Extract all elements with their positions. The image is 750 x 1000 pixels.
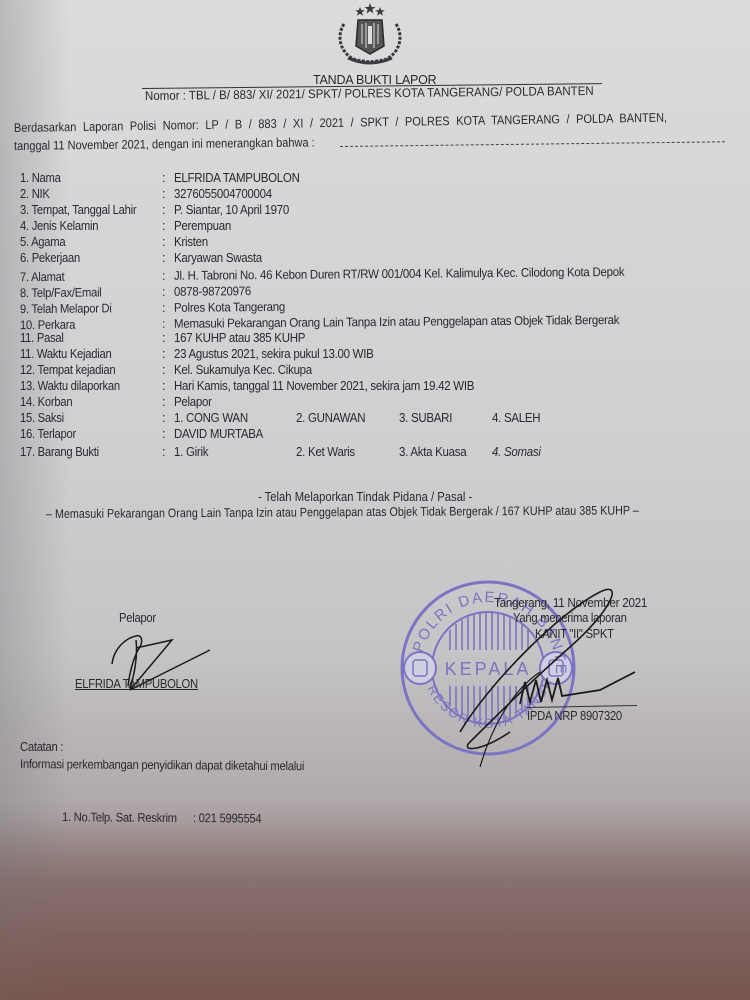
- field-value-item: 4. Somasi: [492, 445, 541, 459]
- field-label: 7. Alamat: [20, 270, 65, 284]
- summary-text: – Memasuki Pekarangan Orang Lain Tanpa I…: [46, 503, 639, 521]
- field-value: P. Siantar, 10 April 1970: [174, 203, 289, 217]
- field-row: 14. Korban:Pelapor: [20, 395, 740, 410]
- field-colon: :: [162, 317, 165, 331]
- field-value: ELFRIDA TAMPUBOLON: [174, 171, 300, 185]
- field-row: 5. Agama:Kristen: [20, 235, 740, 250]
- field-value-item: 1. Girik: [174, 445, 208, 459]
- field-value: Jl. H. Tabroni No. 46 Kebon Duren RT/RW …: [174, 265, 624, 283]
- field-row: 3. Tempat, Tanggal Lahir:P. Siantar, 10 …: [20, 203, 740, 218]
- contact-phone: : 021 5995554: [193, 811, 262, 826]
- field-label: 9. Telah Melapor Di: [20, 301, 112, 316]
- field-colon: :: [162, 411, 165, 425]
- field-colon: :: [162, 331, 165, 345]
- field-value: 167 KUHP atau 385 KUHP: [174, 331, 305, 345]
- reporter-name: ELFRIDA TAMPUBOLON: [75, 677, 198, 691]
- field-colon: :: [162, 269, 165, 283]
- field-label: 11. Waktu Kejadian: [20, 347, 111, 361]
- field-value-item: 2. Ket Waris: [296, 445, 355, 459]
- field-colon: :: [162, 301, 165, 315]
- field-label: 6. Pekerjaan: [20, 251, 80, 265]
- field-colon: :: [162, 235, 165, 249]
- field-row: 11. Pasal:167 KUHP atau 385 KUHP: [20, 331, 740, 346]
- field-label: 17. Barang Bukti: [20, 445, 99, 459]
- field-colon: :: [162, 171, 165, 185]
- field-label: 16. Terlapor: [20, 427, 76, 441]
- field-colon: :: [162, 347, 165, 361]
- field-colon: :: [162, 187, 165, 201]
- field-colon: :: [162, 203, 165, 217]
- field-label: 2. NIK: [20, 187, 50, 201]
- field-value: Kristen: [174, 235, 208, 249]
- field-value: Memasuki Pekarangan Orang Lain Tanpa Izi…: [174, 313, 619, 331]
- intro-dash-line: [340, 141, 725, 147]
- intro-line-1: Berdasarkan Laporan Polisi Nomor: LP / B…: [14, 111, 667, 135]
- field-label: 13. Waktu dilaporkan: [20, 379, 120, 393]
- field-label: 11. Pasal: [20, 331, 64, 345]
- summary-heading: - Telah Melaporkan Tindak Pidana / Pasal…: [258, 490, 472, 504]
- police-emblem-icon: [330, 2, 410, 66]
- field-colon: :: [162, 445, 165, 459]
- field-value: Perempuan: [174, 219, 231, 233]
- notes-heading: Catatan :: [20, 740, 63, 754]
- field-value: Pelapor: [174, 395, 212, 409]
- field-colon: :: [162, 395, 165, 409]
- field-row: 4. Jenis Kelamin:Perempuan: [20, 219, 740, 234]
- field-colon: :: [162, 251, 165, 265]
- field-value: Kel. Sukamulya Kec. Cikupa: [174, 363, 312, 377]
- paper-shadow-bottom: [0, 820, 750, 1000]
- field-value-item: 4. SALEH: [492, 411, 540, 425]
- field-label: 12. Tempat kejadian: [20, 363, 115, 377]
- field-value: Polres Kota Tangerang: [174, 300, 285, 315]
- field-value: 23 Agustus 2021, sekira pukul 13.00 WIB: [174, 347, 374, 361]
- field-colon: :: [162, 427, 165, 441]
- field-colon: :: [162, 379, 165, 393]
- field-row: 11. Waktu Kejadian:23 Agustus 2021, seki…: [20, 347, 740, 362]
- reporter-role: Pelapor: [119, 611, 156, 625]
- contact-label: 1. No.Telp. Sat. Reskrim: [62, 810, 177, 825]
- field-label: 15. Saksi: [20, 411, 64, 425]
- field-label: 14. Korban: [20, 395, 72, 409]
- field-row: 12. Tempat kejadian:Kel. Sukamulya Kec. …: [20, 363, 740, 378]
- field-colon: :: [162, 363, 165, 377]
- notes-text: Informasi perkembangan penyidikan dapat …: [20, 757, 304, 773]
- field-value-item: 2. GUNAWAN: [296, 411, 365, 425]
- intro-line-2: tanggal 11 November 2021, dengan ini men…: [14, 135, 315, 153]
- field-label: 10. Perkara: [20, 318, 75, 332]
- field-row: 1. Nama:ELFRIDA TAMPUBOLON: [20, 171, 740, 186]
- field-value: 3276055004700004: [174, 187, 272, 201]
- field-colon: :: [162, 285, 165, 299]
- field-row: 13. Waktu dilaporkan:Hari Kamis, tanggal…: [20, 379, 740, 394]
- field-row: 6. Pekerjaan:Karyawan Swasta: [20, 251, 740, 266]
- field-value: DAVID MURTABA: [174, 427, 263, 441]
- field-label: 3. Tempat, Tanggal Lahir: [20, 203, 136, 217]
- field-value: Hari Kamis, tanggal 11 November 2021, se…: [174, 379, 474, 393]
- field-label: 1. Nama: [20, 171, 61, 185]
- field-row: 15. Saksi:1. CONG WAN2. GUNAWAN3. SUBARI…: [20, 411, 740, 426]
- field-value: 0878-98720976: [174, 284, 251, 299]
- field-label: 8. Telp/Fax/Email: [20, 285, 102, 300]
- field-row: 2. NIK:3276055004700004: [20, 187, 740, 202]
- field-value-item: 3. SUBARI: [399, 411, 452, 425]
- field-value: Karyawan Swasta: [174, 251, 262, 265]
- receiver-signature: [450, 572, 650, 772]
- field-label: 5. Agama: [20, 235, 65, 249]
- field-value-item: 1. CONG WAN: [174, 411, 248, 425]
- field-row: 17. Barang Bukti:1. Girik2. Ket Waris3. …: [20, 445, 740, 460]
- field-label: 4. Jenis Kelamin: [20, 219, 98, 233]
- field-row: 16. Terlapor:DAVID MURTABA: [20, 427, 740, 442]
- field-colon: :: [162, 219, 165, 233]
- field-value-item: 3. Akta Kuasa: [399, 445, 466, 459]
